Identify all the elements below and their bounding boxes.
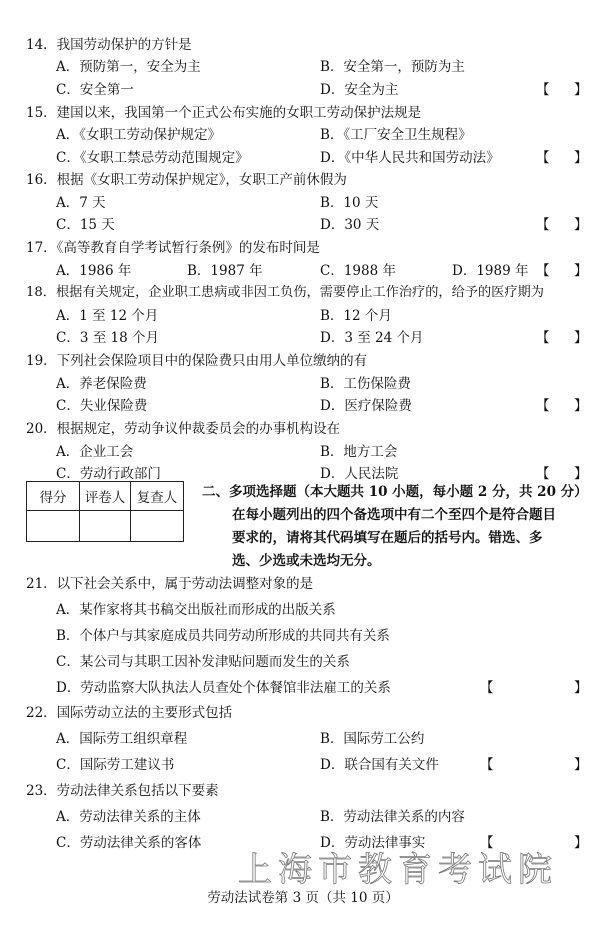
question-18-stem: 18．根据有关规定，企业职工患病或非因工负伤，需要停止工作治疗的，给予的医疗期为: [26, 281, 544, 300]
question-17-option-a: A．1986 年: [56, 259, 131, 279]
question-15-option-d: D．《中华人民共和国劳动法》: [320, 146, 500, 166]
question-15-option-a: A．《女职工劳动保护规定》: [56, 123, 221, 143]
question-15-option-b: B．《工厂安全卫生规程》: [320, 123, 472, 143]
question-19-option-a: A．养老保险费: [56, 372, 147, 392]
question-20-option-a: A．企业工会: [56, 440, 133, 460]
score-table: 得分 评卷人 复查人: [26, 481, 184, 542]
question-16-option-b: B．10 天: [320, 191, 378, 211]
question-23-option-b: B．劳动法律关系的内容: [320, 805, 465, 825]
question-23-option-a: A．劳动法律关系的主体: [56, 805, 201, 825]
question-21-option-a: A．某作家将其书稿交出版社而形成的出版关系: [56, 598, 336, 618]
question-16-stem: 16．根据《女职工劳动保护规定》，女职工产前休假为: [26, 168, 347, 188]
question-19-stem: 19．下列社会保险项目中的保险费只由用人单位缴纳的有: [26, 349, 367, 369]
question-22-stem: 22．国际劳动立法的主要形式包括: [26, 701, 232, 721]
question-21-option-c: C．某公司与其职工因补发津贴问题而发生的关系: [56, 650, 350, 670]
reviewer-cell[interactable]: [131, 511, 184, 542]
section-2-desc-line-2: 要求的，请将其代码填写在题后的括号内。错选、多: [232, 526, 543, 546]
score-header: 得分: [27, 482, 80, 511]
question-18-option-d: D．3 至 24 个月: [320, 326, 423, 346]
question-14-option-c: C．安全第一: [56, 78, 134, 98]
section-2-title: 二、多项选择题（本大题共 10 小题，每小题 2 分，共 20 分）: [202, 480, 588, 500]
question-20-option-d: D．人民法院: [320, 462, 398, 482]
question-20-stem: 20．根据规定，劳动争议仲裁委员会的办事机构设在: [26, 417, 340, 437]
question-19-option-c: C．失业保险费: [56, 394, 147, 414]
question-15-stem: 15．建国以来，我国第一个正式公布实施的女职工劳动保护法规是: [26, 101, 421, 121]
question-17-option-b: B．1987 年: [187, 259, 263, 279]
question-18-option-c: C．3 至 18 个月: [56, 326, 159, 346]
section-2-desc-line-3: 选、少选或未选均无分。: [232, 549, 381, 569]
question-22-option-d: D．联合国有关文件: [320, 753, 439, 773]
question-16-option-d: D．30 天: [320, 213, 379, 233]
question-19-option-d: D．医疗保险费: [320, 394, 412, 414]
question-14-option-a: A．预防第一，安全为主: [56, 55, 201, 75]
question-21-option-b: B．个体户与其家庭成员共同劳动所形成的共同共有关系: [56, 624, 390, 644]
question-14-stem: 14．我国劳动保护的方针是: [26, 33, 192, 53]
question-15-option-c: C．《女职工禁忌劳动范围规定》: [56, 146, 249, 166]
question-23-option-c: C．劳动法律关系的客体: [56, 831, 201, 851]
page-footer: 劳动法试卷第 3 页（共 10 页）: [0, 886, 606, 906]
question-18-option-a: A．1 至 12 个月: [56, 304, 158, 324]
grader-cell[interactable]: [80, 511, 131, 542]
question-17-option-c: C．1988 年: [320, 259, 396, 279]
question-18-option-b: B．12 个月: [320, 304, 392, 324]
question-20-option-b: B．地方工会: [320, 440, 397, 460]
question-17-stem: 17．《高等教育自学考试暂行条例》的发布时间是: [26, 236, 320, 256]
section-2-desc-line-1: 在每小题列出的四个备选项中有二个至四个是符合题目: [232, 503, 556, 523]
watermark-text: 上海市教育考试院: [238, 842, 558, 891]
question-23-stem: 23．劳动法律关系包括以下要素: [26, 779, 219, 799]
reviewer-header: 复查人: [131, 482, 184, 511]
question-22-option-b: B．国际劳工公约: [320, 727, 424, 747]
question-21-stem: 21．以下社会关系中，属于劳动法调整对象的是: [26, 572, 313, 592]
question-22-option-c: C．国际劳工建议书: [56, 753, 174, 773]
grader-header: 评卷人: [80, 482, 131, 511]
question-14-option-b: B．安全第一，预防为主: [320, 55, 465, 75]
question-19-option-b: B．工伤保险费: [320, 372, 411, 392]
score-cell[interactable]: [27, 511, 80, 542]
question-16-option-a: A．7 天: [56, 191, 106, 211]
question-14-option-d: D．安全为主: [320, 78, 398, 98]
question-17-option-d: D．1989 年: [452, 259, 528, 279]
question-16-option-c: C．15 天: [56, 213, 115, 233]
exam-page: 14．我国劳动保护的方针是 A．预防第一，安全为主 B．安全第一，预防为主 C．…: [0, 0, 606, 934]
question-22-option-a: A．国际劳工组织章程: [56, 727, 187, 747]
question-21-option-d: D．劳动监察大队执法人员查处个体餐馆非法雇工的关系: [56, 676, 391, 696]
question-20-option-c: C．劳动行政部门: [56, 462, 161, 482]
